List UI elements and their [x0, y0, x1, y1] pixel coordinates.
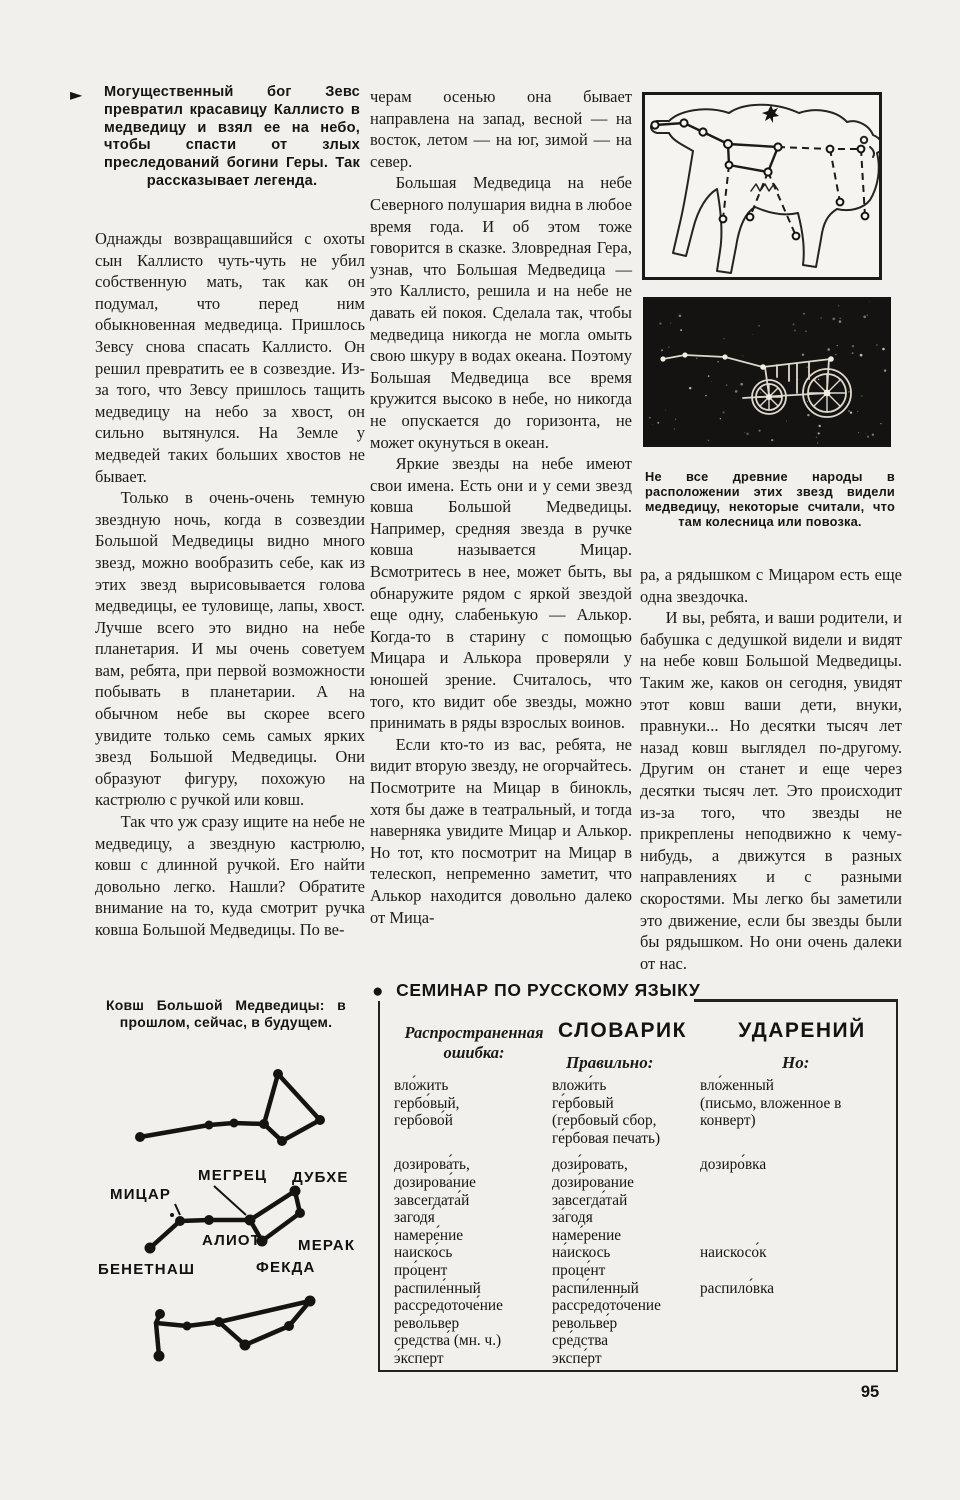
dict-rows: вло́житьвложи́тьвло́женный гербо́вый, ге…	[394, 1077, 888, 1368]
stress-dictionary-box: Распространенная ошибка: СЛОВАРИК УДАРЕН…	[378, 1001, 898, 1372]
star-label-benetnash: БЕНЕТНАШ	[98, 1261, 195, 1278]
lone-star-glyph	[762, 105, 779, 123]
bear-constellation-figure	[642, 92, 882, 280]
paragraph: Если кто-то из вас, ребята, не видит вто…	[370, 734, 632, 928]
table-row: завсегдата́йзавсегда́тай	[394, 1192, 888, 1210]
magazine-page-scan: { "page": { "number": "95" }, "icons": {…	[0, 0, 960, 1500]
column-2: черам осенью она бывает направлена на за…	[370, 86, 632, 928]
seminar-header: ●СЕМИНАР ПО РУССКОМУ ЯЗЫКУ	[372, 980, 700, 1003]
dict-correct-column-header: Правильно:	[566, 1053, 653, 1073]
star-label-alioth: АЛИОТ	[202, 1232, 261, 1249]
table-row: намере́ниенаме́рение	[394, 1227, 888, 1245]
dict-title: СЛОВАРИК УДАРЕНИЙ	[558, 1019, 882, 1043]
paragraph: И вы, ребята, и ваши родители, и бабушка…	[640, 607, 902, 974]
table-row: распиле́нныйраспи́ленныйраспило́вка	[394, 1280, 888, 1298]
cart-caption: Не все древние народы в расположении эти…	[645, 470, 895, 530]
cart-photo-figure	[643, 297, 891, 447]
dict-error-column-header: Распространенная ошибка:	[390, 1023, 558, 1063]
dipper-caption: Ковш Большой Медведицы: в прошлом, сейча…	[106, 997, 346, 1031]
star-label-merak: МЕРАК	[298, 1237, 355, 1254]
lede-arrow-icon: ►	[70, 85, 82, 104]
star-label-mizar: МИЦАР	[110, 1186, 171, 1203]
paragraph: Так что уж сразу ищите на небе не медвед…	[95, 811, 365, 941]
star-label-dubhe: ДУБХЕ	[292, 1169, 349, 1186]
column-1: Однажды возвращавшийся с охоты сын Калли…	[95, 228, 365, 941]
seminar-header-label: СЕМИНАР ПО РУССКОМУ ЯЗЫКУ	[396, 980, 700, 1000]
table-row: э́кспертэкспе́рт	[394, 1350, 888, 1368]
table-row: наиско́сьна́искосьнаискосо́к	[394, 1244, 888, 1262]
column-3: ра, а рядышком с Мицаром есть еще одна з…	[640, 564, 902, 974]
star-label-megrez: МЕГРЕЦ	[198, 1167, 267, 1184]
table-row: вло́житьвложи́тьвло́женный	[394, 1077, 888, 1095]
table-row: рево́льверревольве́р	[394, 1315, 888, 1333]
paragraph: Яркие звезды на небе имеют свои имена. Е…	[370, 453, 632, 734]
lede-text: Могущественный бог Зевс превратил красав…	[104, 84, 360, 191]
paragraph: ра, а рядышком с Мицаром есть еще одна з…	[640, 564, 902, 607]
table-row: дозирова́ть, дозирова́ниедози́ровать, до…	[394, 1156, 888, 1191]
paragraph: черам осенью она бывает направлена на за…	[370, 86, 632, 172]
page-number: 95	[840, 1383, 900, 1402]
table-row: про́центпроце́нт	[394, 1262, 888, 1280]
paragraph: Только в очень-очень темную звездную ноч…	[95, 487, 365, 811]
dict-but-column-header: Но:	[782, 1053, 809, 1073]
paragraph: Однажды возвращавшийся с охоты сын Калли…	[95, 228, 365, 487]
table-row: гербо́вый, гербово́йге́рбовый (ге́рбовый…	[394, 1095, 888, 1148]
dipper-diagrams: МИЦАР МЕГРЕЦ ДУБХЕ АЛИОТ МЕРАК ФЕКДА БЕН…	[62, 1058, 372, 1388]
dipper-past	[140, 1074, 320, 1141]
table-row: рассредоточе́ниерассредото́чение	[394, 1297, 888, 1315]
paragraph: Большая Медведица на небе Северного полу…	[370, 172, 632, 453]
bear-drawing	[645, 95, 879, 277]
cart-drawing	[643, 297, 891, 447]
table-row: загодя́за́годя	[394, 1209, 888, 1227]
bullet-icon: ●	[372, 981, 384, 1002]
table-row: средства́ (мн. ч.)сре́дства	[394, 1332, 888, 1350]
star-label-phecda: ФЕКДА	[256, 1259, 315, 1276]
